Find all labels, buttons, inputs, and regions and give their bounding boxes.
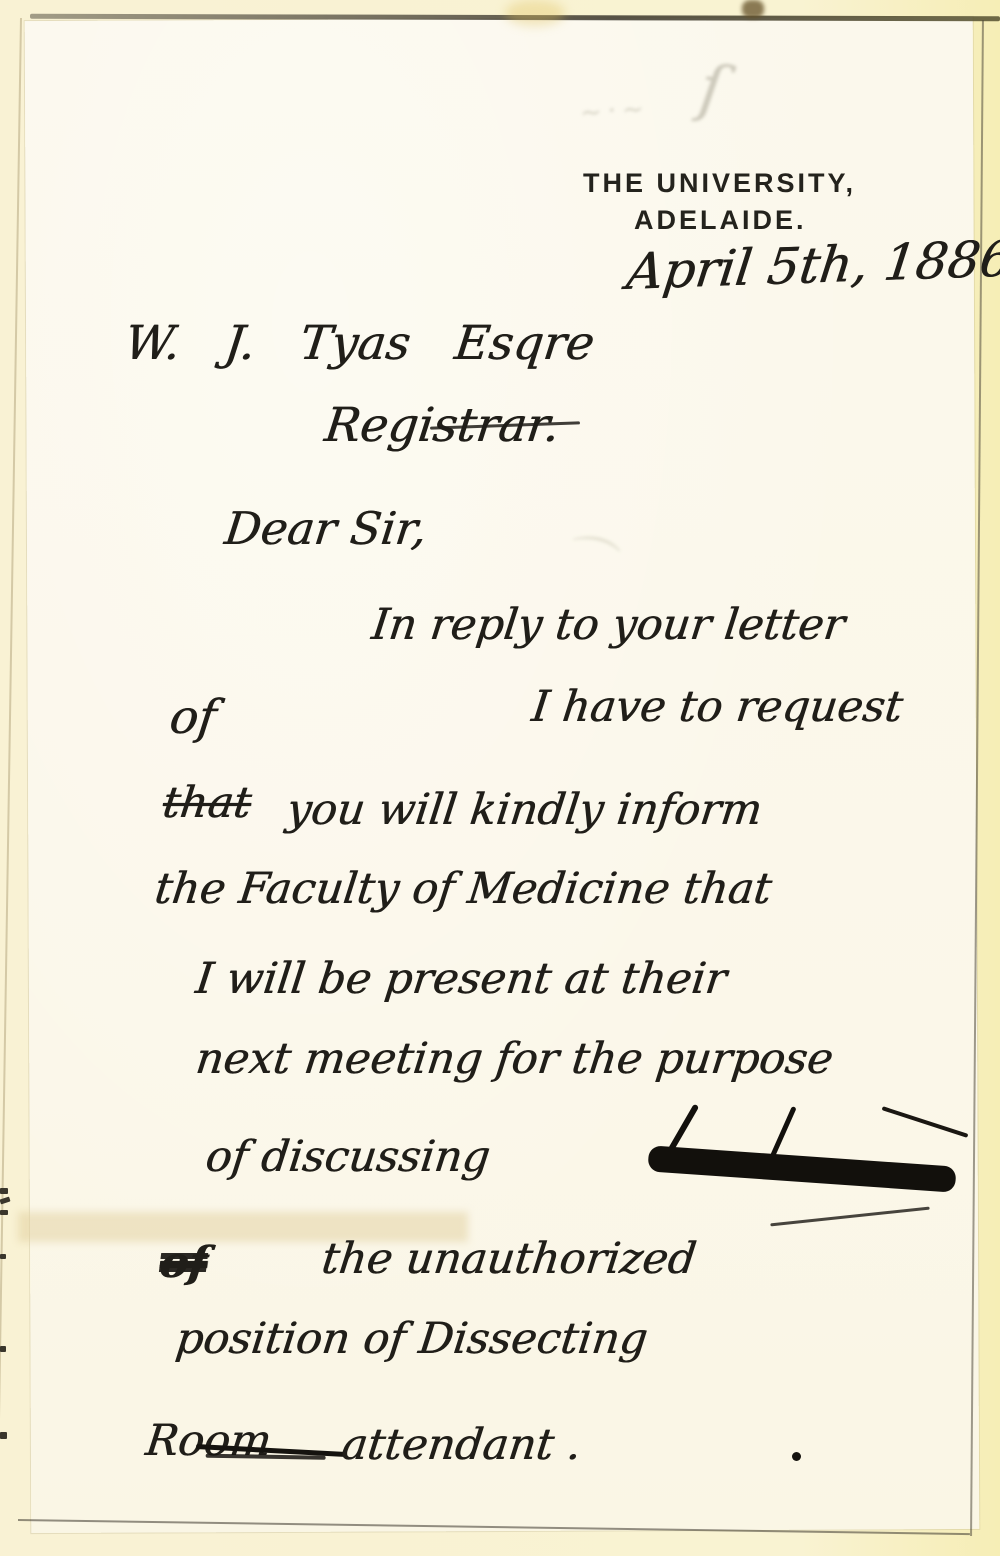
- body-line-1: In reply to your letter: [369, 600, 847, 650]
- body-line-7: of discussing: [203, 1132, 493, 1182]
- body-line-3-rest: you will kindly inform: [284, 785, 765, 835]
- body-line-2-rest: I have to request: [529, 682, 905, 732]
- edge-mark: [0, 1346, 6, 1352]
- body-line-9: position of Dissecting: [173, 1314, 650, 1364]
- ink-bleedthrough-mark: ~·~: [579, 94, 651, 129]
- letterhead-city: ADELAIDE.: [634, 205, 807, 236]
- body-line-8-rest: the unauthorized: [319, 1234, 699, 1284]
- body-line-10-rest: attendant .: [339, 1420, 584, 1470]
- edge-mark: [0, 1210, 8, 1215]
- body-line-3-struck-word: that: [160, 778, 254, 828]
- final-period-dot: [792, 1452, 801, 1461]
- edge-mark: [0, 1432, 7, 1439]
- letterhead-university: THE UNIVERSITY,: [583, 168, 856, 199]
- edge-mark: [0, 1254, 6, 1259]
- body-line-6: next meeting for the purpose: [193, 1034, 836, 1084]
- recipient-name: W. J. Tyas Esqre: [122, 316, 598, 371]
- paper-stain: [505, 0, 565, 26]
- body-line-4: the Faculty of Medicine that: [152, 864, 774, 914]
- body-line-8-struck-word: of: [157, 1238, 210, 1288]
- paper-stain-dark: [742, 0, 764, 18]
- body-line-2-word: of: [167, 690, 219, 745]
- edge-mark: [0, 1188, 8, 1194]
- body-line-5: I will be present at their: [193, 954, 729, 1004]
- salutation: Dear Sir,: [222, 502, 430, 555]
